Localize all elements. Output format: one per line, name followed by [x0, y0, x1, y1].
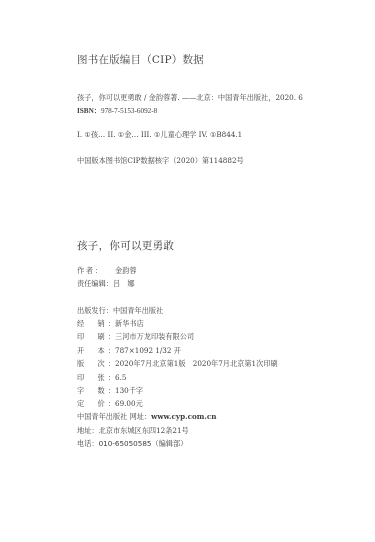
contact-phone: 电话：010-65050585（编辑部） [77, 439, 187, 449]
credit-author: 作者： 金韵蓉 [77, 266, 137, 276]
pub-item-distributor: 经 销： 新华书店 [77, 319, 144, 329]
credit-value: 金韵蓉 [115, 266, 137, 276]
cip-classification-line: I. ①孩… II. ①金… III. ①儿童心理学 IV. ①B844.1 [77, 130, 242, 140]
isbn-label: ISBN： [77, 107, 101, 115]
pub-label: 出版发行： [77, 306, 113, 316]
pub-item-printer: 印 刷： 三河市万龙印装有限公司 [77, 332, 194, 342]
pub-value: 787×1092 1/32 开 [115, 346, 181, 356]
pub-item-publisher: 出版发行： 中国青年出版社 [77, 306, 163, 316]
pub-value: 三河市万龙印装有限公司 [115, 332, 194, 342]
book-title: 孩子，你可以更勇敢 [77, 238, 174, 253]
website-link[interactable]: www.cyp.com.cn [151, 412, 216, 421]
pub-item-sheets: 印 张： 6.5 [77, 373, 126, 383]
pub-label: 印 刷： [77, 332, 115, 342]
pub-value: 新华书店 [115, 319, 144, 329]
pub-label: 版 次： [77, 359, 115, 369]
cip-heading: 图书在版编目（CIP）数据 [77, 52, 204, 67]
contact-website: 中国青年出版社 网址：www.cyp.com.cn [77, 412, 216, 422]
credit-value: 吕 娜 [113, 279, 135, 289]
website-label: 中国青年出版社 网址： [77, 412, 151, 421]
copyright-page: 图书在版编目（CIP）数据 孩子，你可以更勇敢 / 金韵蓉著. ——北京：中国青… [0, 0, 375, 542]
credit-editor: 责任编辑： 吕 娜 [77, 279, 135, 289]
pub-item-word-count: 字 数： 130千字 [77, 386, 143, 396]
contact-address: 地址：北京市东城区东四12条21号 [77, 426, 189, 436]
pub-item-price: 定 价： 69.00元 [77, 399, 143, 409]
pub-value: 2020年7月北京第1版 2020年7月北京第1次印刷 [115, 359, 278, 369]
isbn-value: 978-7-5153-6092-8 [101, 107, 157, 115]
pub-label: 经 销： [77, 319, 115, 329]
pub-item-edition: 版 次： 2020年7月北京第1版 2020年7月北京第1次印刷 [77, 359, 278, 369]
pub-label: 开 本： [77, 346, 115, 356]
pub-item-format: 开 本： 787×1092 1/32 开 [77, 346, 181, 356]
pub-value: 69.00元 [115, 399, 143, 409]
credit-label: 责任编辑： [77, 279, 113, 289]
pub-value: 中国青年出版社 [113, 306, 163, 316]
pub-label: 字 数： [77, 386, 115, 396]
pub-label: 印 张： [77, 373, 115, 383]
cip-isbn-line: ISBN：978-7-5153-6092-8 [77, 106, 157, 116]
pub-label: 定 价： [77, 399, 115, 409]
cip-verification-line: 中国版本图书馆CIP数据核字（2020）第114882号 [77, 156, 244, 166]
pub-value: 130千字 [115, 386, 143, 396]
cip-bibliographic-line: 孩子，你可以更勇敢 / 金韵蓉著. ——北京：中国青年出版社，2020. 6 [77, 93, 303, 103]
credit-label: 作者： [77, 266, 102, 276]
pub-value: 6.5 [115, 373, 126, 382]
